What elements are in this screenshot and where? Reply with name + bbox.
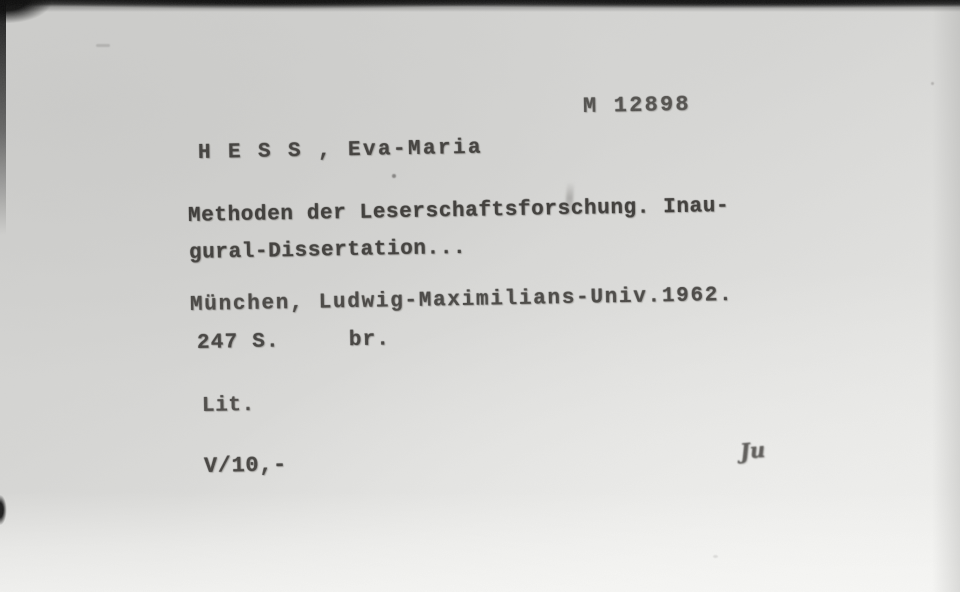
top-scan-edge xyxy=(0,0,960,26)
collation-line: 247 S. br. xyxy=(197,329,391,354)
left-scan-edge xyxy=(0,0,6,235)
literature-note: Lit. xyxy=(202,395,255,417)
price-code: V/10,- xyxy=(204,454,287,478)
title-line-2: gural-Dissertation... xyxy=(189,238,467,264)
imprint-line: München, Ludwig-Maximilians-Univ.1962. xyxy=(190,285,734,316)
catalog-number: M 12898 xyxy=(583,94,691,118)
lower-card-edge-highlight xyxy=(0,492,960,592)
catalog-card-scan: M 12898 H E S S , Eva-Maria Methoden der… xyxy=(0,0,960,592)
left-edge-ink-mark xyxy=(0,492,8,528)
title-line-1: Methoden der Leserschaftsforschung. Inau… xyxy=(188,196,730,227)
author-heading: H E S S , Eva-Maria xyxy=(198,138,483,164)
cataloger-initials: Ju xyxy=(739,439,766,462)
ink-speck xyxy=(713,555,718,558)
right-scan-shading xyxy=(932,0,960,592)
ink-speck xyxy=(392,174,396,178)
ink-speck xyxy=(931,82,934,85)
pencil-speck xyxy=(96,44,110,47)
